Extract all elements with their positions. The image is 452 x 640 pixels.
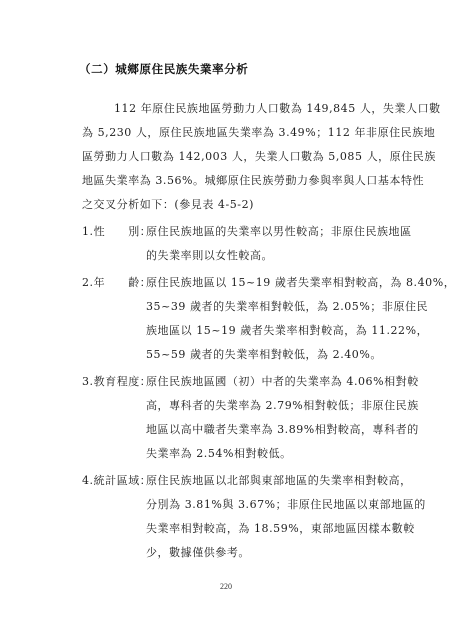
document-page: （二）城鄉原住民族失業率分析 112 年原住民族地區勞動力人口數為 149,84…: [0, 0, 452, 640]
section-heading: （二）城鄉原住民族失業率分析: [79, 61, 248, 77]
item-label-education: 3.教育程度：: [82, 375, 151, 389]
item-text-line: 的失業率則以女性較高。: [146, 249, 393, 263]
page-number: 220: [0, 582, 452, 591]
item-text-line: 高，專科者的失業率為 2.79%相對較低；非原住民族: [146, 399, 393, 413]
item-text-line: 55~59 歲者的失業率相對較低，為 2.40%。: [146, 348, 393, 362]
item-text-line: 原住民族地區國（初）中者的失業率為 4.06%相對較: [146, 375, 393, 389]
item-text-line: 分別為 3.81%與 3.67%；非原住民地區以東部地區的: [146, 498, 393, 512]
item-text-line: 35~39 歲者的失業率相對較低，為 2.05%；非原住民: [146, 300, 393, 314]
item-text-line: 族地區以 15~19 歲者失業率相對較高，為 11.22%，: [146, 324, 393, 338]
item-text-line: 原住民族地區以北部與東部地區的失業率相對較高，: [146, 474, 393, 488]
item-text-line: 少，數據僅供參考。: [146, 546, 393, 560]
item-text-line: 失業率為 2.54%相對較低。: [146, 447, 393, 461]
item-text-line: 原住民族地區的失業率以男性較高；非原住民族地區: [146, 225, 393, 239]
item-text-line: 地區以高中職者失業率為 3.89%相對較高，專科者的: [146, 423, 393, 437]
item-label-gender: 1.性 別：: [82, 225, 151, 239]
item-label-age: 2.年 齡：: [82, 276, 151, 290]
item-label-region: 4.統計區域：: [82, 474, 151, 488]
item-text-line: 原住民族地區以 15~19 歲者失業率相對較高，為 8.40%，: [146, 276, 393, 290]
paragraph-line: 之交叉分析如下：(參見表 4-5-2): [82, 198, 393, 212]
paragraph-line: 為 5,230 人，原住民族地區失業率為 3.49%；112 年非原住民族地: [82, 126, 393, 140]
paragraph-line: 區勞動力人口數為 142,003 人，失業人口數為 5,085 人，原住民族: [82, 150, 393, 164]
item-text-line: 失業率相對較高，為 18.59%，東部地區因樣本數較: [146, 522, 393, 536]
paragraph-line: 地區失業率為 3.56%。城鄉原住民族勞動力參與率與人口基本特性: [82, 174, 393, 188]
paragraph-line: 112 年原住民族地區勞動力人口數為 149,845 人，失業人口數: [114, 102, 393, 116]
